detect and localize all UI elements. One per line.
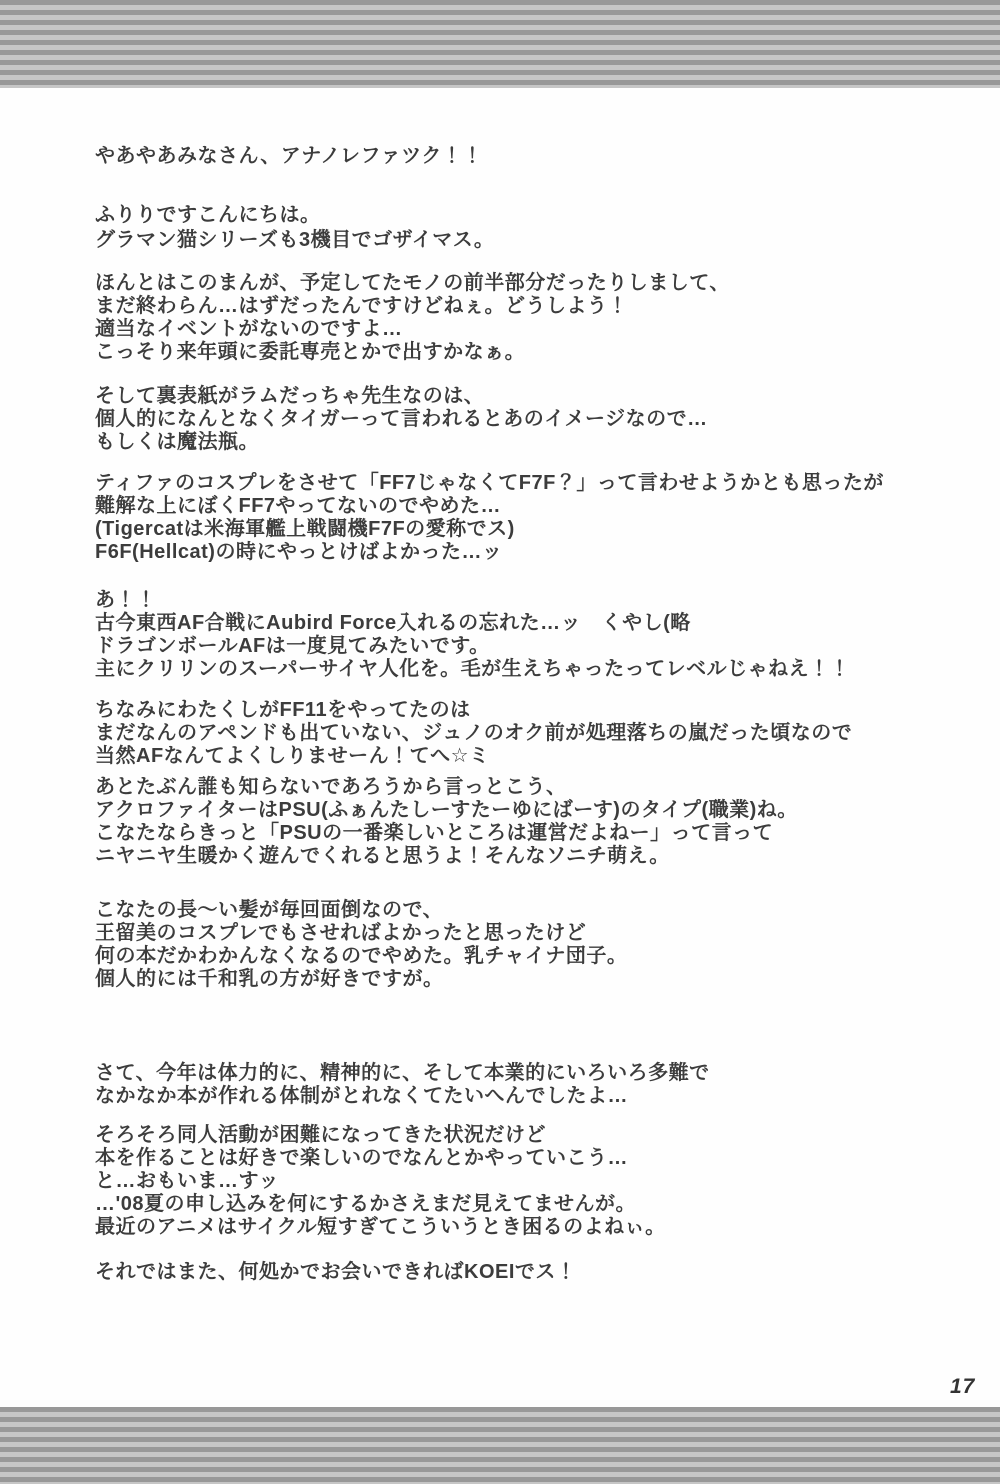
scanned-afterword-page: やあやあみなさん、アナノレファツク！！ ふりりですこんにちは。 グラマン猫シリー…	[0, 0, 1000, 1484]
paragraph-psu: あとたぶん誰も知らないであろうから言っとこう、 アクロファイターはPSU(ふぁん…	[95, 776, 798, 868]
paragraph-farewell: それではまた、何処かでお会いできればKOEIでス！	[95, 1261, 576, 1284]
bottom-stripe-band	[0, 1407, 1000, 1484]
paragraph-tough-year: さて、今年は体力的に、精神的に、そして本業的にいろいろ多難で なかなか本が作れる…	[95, 1062, 710, 1108]
page-number: 17	[950, 1375, 975, 1399]
paragraph-konata-hair: こなたの長〜い髪が毎回面倒なので、 王留美のコスプレでもさせればよかったと思った…	[95, 899, 627, 991]
paragraph-manga-plans: ほんとはこのまんが、予定してたモノの前半部分だったりしまして、 まだ終わらん…は…	[95, 272, 730, 364]
top-stripe-band	[0, 0, 1000, 88]
paragraph-back-cover: そして裏表紙がラムだっちゃ先生なのは、 個人的になんとなくタイガーって言われると…	[95, 385, 708, 454]
paragraph-doujin-future: そろそろ同人活動が困難になってきた状況だけど 本を作ることは好きで楽しいのでなん…	[95, 1124, 666, 1239]
paragraph-greeting: やあやあみなさん、アナノレファツク！！	[95, 144, 483, 169]
paragraph-tifa-cosplay: ティファのコスプレをさせて「FF7じゃなくてF7F？」って言わせようかとも思った…	[95, 472, 884, 564]
paragraph-intro: ふりりですこんにちは。 グラマン猫シリーズも3機目でゴザイマス。	[95, 203, 494, 253]
paragraph-ff11: ちなみにわたくしがFF11をやってたのは まだなんのアペンドも出ていない、ジュノ…	[95, 699, 852, 768]
paragraph-af-battle: あ！！ 古今東西AF合戦にAubird Force入れるの忘れた…ッ くやし(略…	[95, 589, 850, 681]
